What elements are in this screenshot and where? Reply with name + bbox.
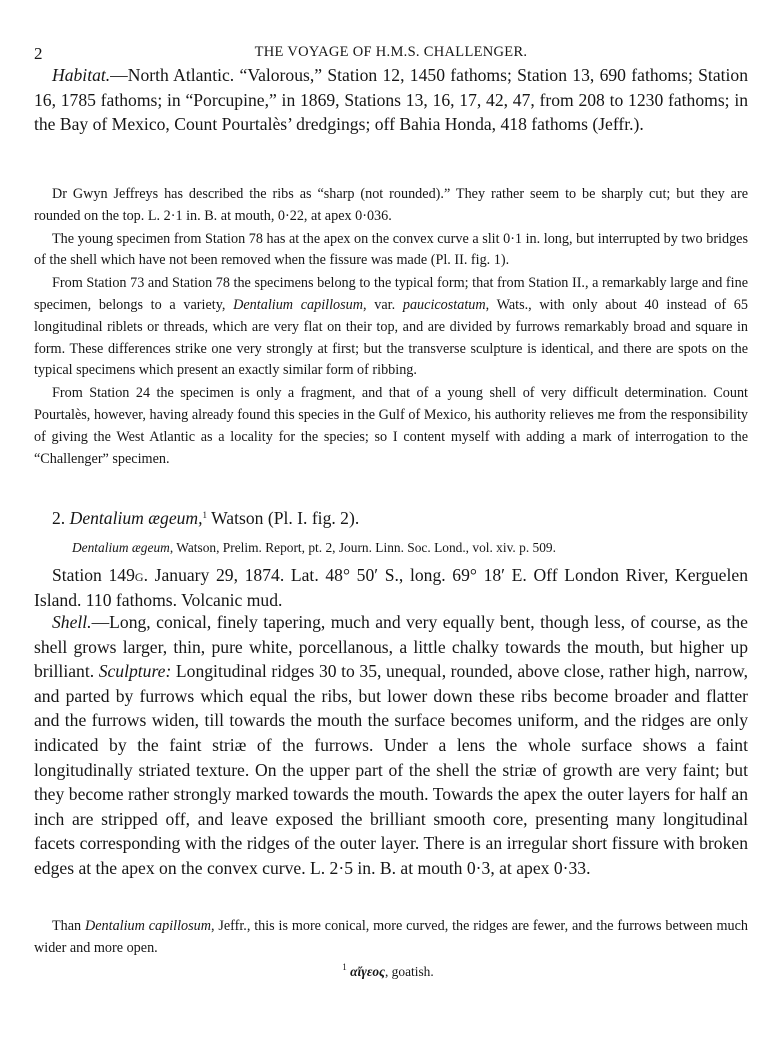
- greek-word: αἴγεος: [350, 964, 385, 979]
- species-reference: Dentalium ægeum, Watson, Prelim. Report,…: [72, 540, 556, 556]
- variety-name-italic: paucicostatum: [403, 297, 486, 313]
- species-heading: 2. Dentalium ægeum,1 Watson (Pl. I. fig.…: [52, 508, 359, 529]
- habitat-label: Habitat.: [52, 65, 110, 85]
- sculpture-label: Sculpture:: [99, 661, 172, 681]
- page-header: 2 THE VOYAGE OF H.M.S. CHALLENGER.: [34, 44, 748, 64]
- note-paragraph: The young specimen from Station 78 has a…: [34, 229, 748, 273]
- station-paragraph: Station 149g. January 29, 1874. Lat. 48°…: [34, 563, 748, 612]
- comparison-species-name: Dentalium capillosum: [85, 918, 211, 934]
- shell-label: Shell.: [52, 612, 92, 632]
- species-name: Dentalium ægeum,: [70, 508, 203, 528]
- footnote-text: , goatish.: [385, 964, 434, 979]
- running-title: THE VOYAGE OF H.M.S. CHALLENGER.: [34, 44, 748, 61]
- document-page: 2 THE VOYAGE OF H.M.S. CHALLENGER. Habit…: [0, 0, 776, 1050]
- species-number: 2.: [52, 508, 65, 528]
- habitat-text: —North Atlantic. “Valorous,” Station 12,…: [34, 65, 748, 134]
- habitat-paragraph: Habitat.—North Atlantic. “Valorous,” Sta…: [34, 63, 748, 137]
- note-paragraph: Dr Gwyn Jeffreys has described the ribs …: [34, 184, 748, 228]
- notes-section: Dr Gwyn Jeffreys has described the ribs …: [34, 184, 748, 470]
- species-name-italic: Dentalium capillosum: [233, 297, 363, 313]
- note-paragraph: From Station 24 the specimen is only a f…: [34, 383, 748, 470]
- shell-description: Shell.—Long, conical, finely tapering, m…: [34, 610, 748, 881]
- reference-species-name: Dentalium ægeum: [72, 540, 170, 555]
- note-paragraph: From Station 73 and Station 78 the speci…: [34, 273, 748, 382]
- footnote: 1 αἴγεος, goatish.: [0, 962, 776, 980]
- species-author-plate: Watson (Pl. I. fig. 2).: [207, 508, 359, 528]
- reference-text: , Watson, Prelim. Report, pt. 2, Journ. …: [170, 540, 556, 555]
- comparison-paragraph: Than Dentalium capillosum, Jeffr., this …: [34, 916, 748, 960]
- footnote-number: 1: [342, 962, 347, 972]
